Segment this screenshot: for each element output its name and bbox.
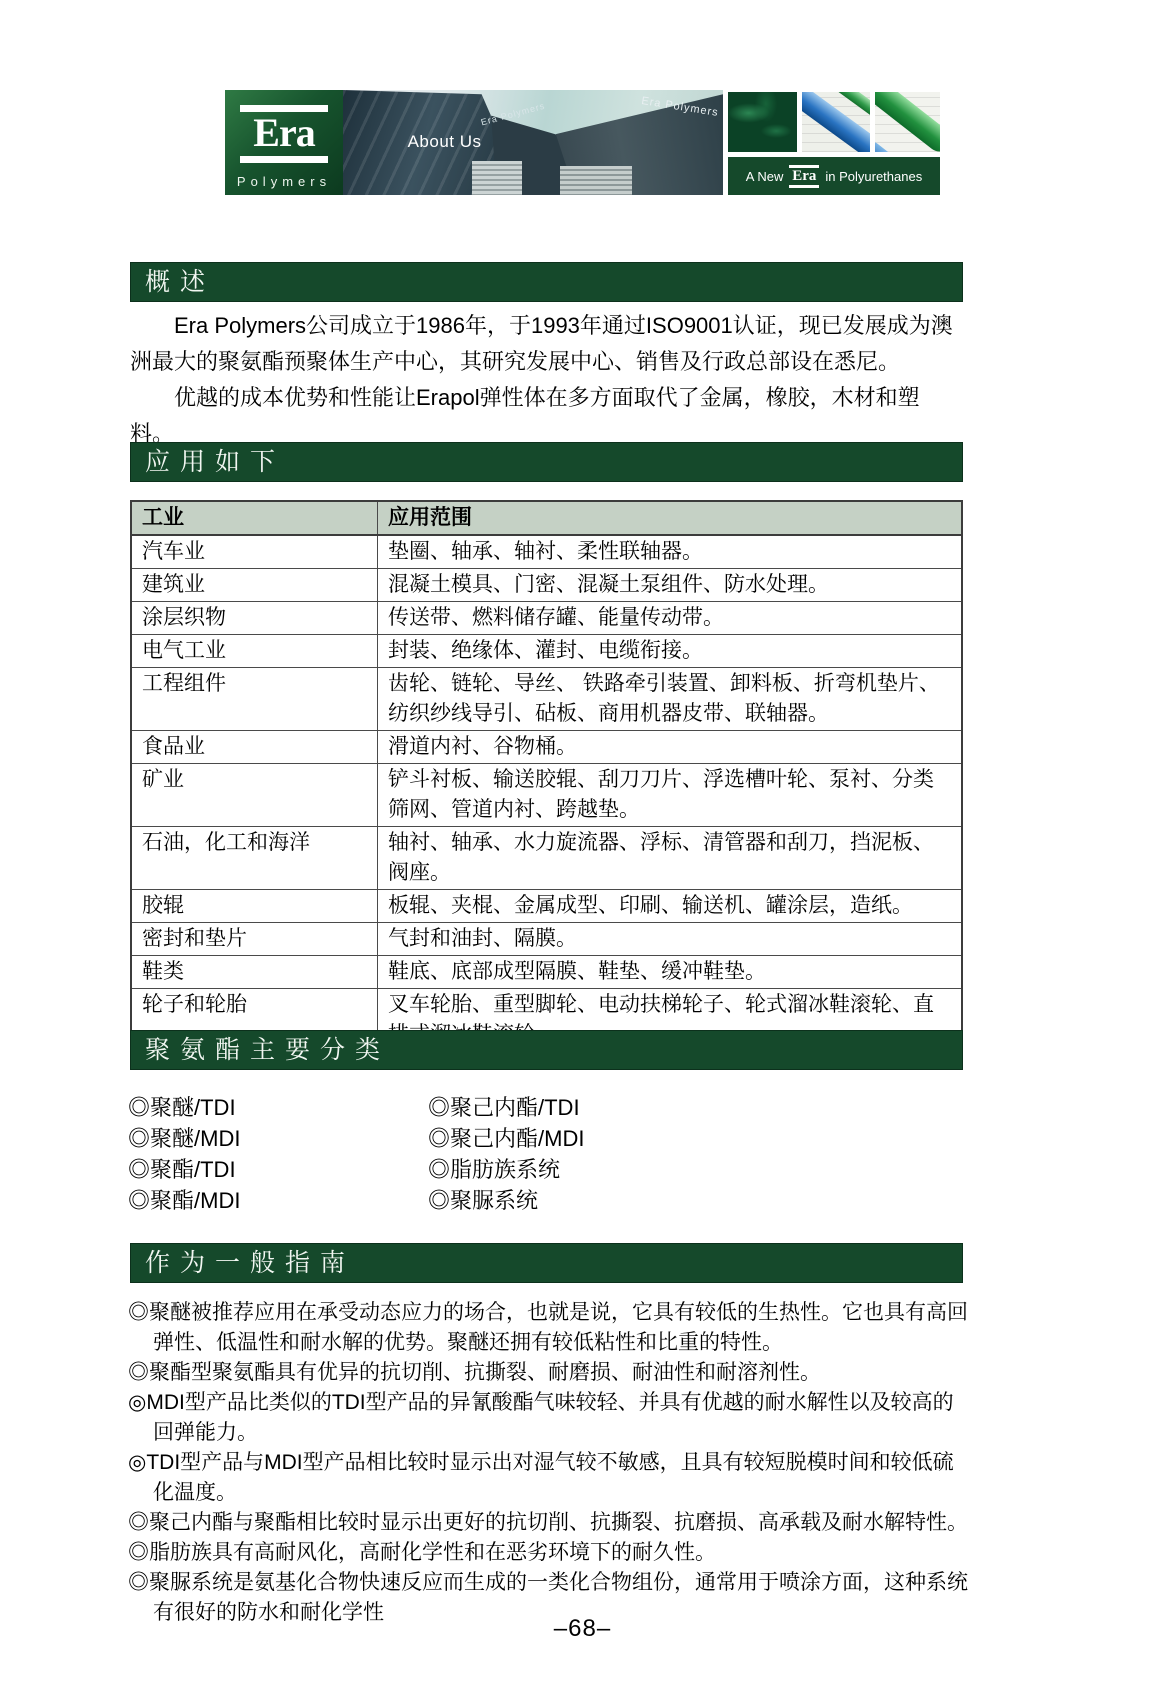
category-item: ◎聚脲系统 bbox=[428, 1185, 584, 1216]
about-us-label: About Us bbox=[408, 132, 482, 152]
application-cell: 垫圈、轴承、轴衬、柔性联轴器。 bbox=[378, 535, 963, 569]
era-mini-logo: Era bbox=[789, 165, 819, 188]
category-item: ◎聚己内酯/MDI bbox=[428, 1123, 584, 1154]
guide-bullet: ◎聚酯型聚氨酯具有优异的抗切削、抗撕裂、耐磨损、耐油性和耐溶剂性。 bbox=[128, 1358, 973, 1388]
tagline-prefix: A New bbox=[746, 169, 784, 184]
industry-cell: 鞋类 bbox=[131, 956, 378, 989]
green-tube-thumbnail bbox=[875, 92, 940, 152]
table-row: 汽车业垫圈、轴承、轴衬、柔性联轴器。 bbox=[131, 535, 962, 569]
overview-paragraphs: Era Polymers公司成立于1986年，于1993年通过ISO9001认证… bbox=[130, 308, 963, 452]
industry-cell: 电气工业 bbox=[131, 635, 378, 668]
application-cell: 混凝土模具、门密、混凝土泵组件、防水处理。 bbox=[378, 569, 963, 602]
applications-table-body: 汽车业垫圈、轴承、轴衬、柔性联轴器。建筑业混凝土模具、门密、混凝土泵组件、防水处… bbox=[131, 535, 962, 1052]
tagline-box: A New Era in Polyurethanes bbox=[728, 157, 940, 195]
photo-roller-door bbox=[560, 166, 632, 195]
table-row: 鞋类鞋底、底部成型隔膜、鞋垫、缓冲鞋垫。 bbox=[131, 956, 962, 989]
overview-paragraph: Era Polymers公司成立于1986年，于1993年通过ISO9001认证… bbox=[130, 308, 963, 380]
section-title-guide: 作为一般指南 bbox=[130, 1243, 963, 1283]
table-row: 胶辊板辊、夹棍、金属成型、印刷、输送机、罐涂层，造纸。 bbox=[131, 890, 962, 923]
section-title-categories: 聚氨酯主要分类 bbox=[130, 1030, 963, 1070]
mini-logo-bar-bottom bbox=[789, 185, 819, 188]
application-cell: 气封和油封、隔膜。 bbox=[378, 923, 963, 956]
logo-sub-text: Polymers bbox=[225, 174, 343, 189]
category-item: ◎聚酯/MDI bbox=[128, 1185, 240, 1216]
section-title-text: 聚氨酯主要分类 bbox=[145, 1036, 390, 1064]
section-title-text: 概述 bbox=[145, 268, 215, 296]
application-header: 应用范围 bbox=[378, 501, 963, 535]
categories-left-column: ◎聚醚/TDI◎聚醚/MDI◎聚酯/TDI◎聚酯/MDI bbox=[128, 1092, 240, 1216]
table-row: 密封和垫片气封和油封、隔膜。 bbox=[131, 923, 962, 956]
table-row: 石油，化工和海洋轴衬、轴承、水力旋流器、浮标、清管器和刮刀，挡泥板、阀座。 bbox=[131, 827, 962, 890]
document-page: Era Polymers Era Polymers Era Polymers A… bbox=[0, 0, 1165, 1701]
section-title-text: 应用如下 bbox=[145, 448, 285, 476]
table-row: 工程组件齿轮、链轮、导丝、 铁路牵引装置、卸料板、折弯机垫片、纺织纱线导引、砧板… bbox=[131, 668, 962, 731]
section-title-text: 作为一般指南 bbox=[145, 1249, 355, 1277]
era-logo: Era Polymers bbox=[225, 90, 343, 195]
table-row: 涂层织物传送带、燃料储存罐、能量传动带。 bbox=[131, 602, 962, 635]
categories-right-column: ◎聚己内酯/TDI◎聚己内酯/MDI◎脂肪族系统◎聚脲系统 bbox=[428, 1092, 584, 1216]
section-title-overview: 概述 bbox=[130, 262, 963, 302]
green-marble-thumbnail bbox=[728, 92, 797, 152]
tagline-suffix: in Polyurethanes bbox=[825, 169, 922, 184]
industry-cell: 汽车业 bbox=[131, 535, 378, 569]
industry-cell: 矿业 bbox=[131, 764, 378, 827]
blue-tube-thumbnail bbox=[802, 92, 870, 152]
industry-cell: 涂层织物 bbox=[131, 602, 378, 635]
category-item: ◎聚醚/MDI bbox=[128, 1123, 240, 1154]
application-cell: 齿轮、链轮、导丝、 铁路牵引装置、卸料板、折弯机垫片、纺织纱线导引、砧板、商用机… bbox=[378, 668, 963, 731]
application-cell: 铲斗衬板、输送胶辊、刮刀刀片、浮选槽叶轮、泵衬、分类筛网、管道内衬、跨越垫。 bbox=[378, 764, 963, 827]
category-item: ◎聚己内酯/TDI bbox=[428, 1092, 584, 1123]
guide-bullet-list: ◎聚醚被推荐应用在承受动态应力的场合，也就是说，它具有较低的生热性。它也具有高回… bbox=[128, 1298, 973, 1628]
industry-cell: 工程组件 bbox=[131, 668, 378, 731]
page-number: –68– bbox=[0, 1615, 1165, 1643]
guide-bullet: ◎TDI型产品与MDI型产品相比较时显示出对湿气较不敏感，且具有较短脱模时间和较… bbox=[128, 1448, 973, 1508]
guide-bullet: ◎脂肪族具有高耐风化，高耐化学性和在恶劣环境下的耐久性。 bbox=[128, 1538, 973, 1568]
guide-bullet: ◎聚醚被推荐应用在承受动态应力的场合，也就是说，它具有较低的生热性。它也具有高回… bbox=[128, 1298, 973, 1358]
applications-table: 工业 应用范围 汽车业垫圈、轴承、轴衬、柔性联轴器。建筑业混凝土模具、门密、混凝… bbox=[130, 500, 963, 1053]
mini-logo-brand: Era bbox=[792, 168, 816, 185]
category-item: ◎聚酯/TDI bbox=[128, 1154, 240, 1185]
logo-bar-bottom bbox=[240, 156, 328, 163]
industry-cell: 建筑业 bbox=[131, 569, 378, 602]
application-cell: 传送带、燃料储存罐、能量传动带。 bbox=[378, 602, 963, 635]
industry-cell: 密封和垫片 bbox=[131, 923, 378, 956]
category-item: ◎脂肪族系统 bbox=[428, 1154, 584, 1185]
category-item: ◎聚醚/TDI bbox=[128, 1092, 240, 1123]
application-cell: 封装、绝缘体、灌封、电缆衔接。 bbox=[378, 635, 963, 668]
table-row: 食品业滑道内衬、谷物桶。 bbox=[131, 731, 962, 764]
industry-cell: 胶辊 bbox=[131, 890, 378, 923]
guide-bullet: ◎MDI型产品比类似的TDI型产品的异氰酸酯气味较轻、并具有优越的耐水解性以及较… bbox=[128, 1388, 973, 1448]
building-photo: Era Polymers Era Polymers About Us bbox=[343, 90, 723, 195]
guide-bullet: ◎聚己内酯与聚酯相比较时显示出更好的抗切削、抗撕裂、抗磨损、高承载及耐水解特性。 bbox=[128, 1508, 973, 1538]
photo-roller-door bbox=[472, 161, 521, 195]
table-row: 矿业铲斗衬板、输送胶辊、刮刀刀片、浮选槽叶轮、泵衬、分类筛网、管道内衬、跨越垫。 bbox=[131, 764, 962, 827]
header-banner: Era Polymers Era Polymers Era Polymers A… bbox=[225, 90, 940, 195]
application-cell: 轴衬、轴承、水力旋流器、浮标、清管器和刮刀，挡泥板、阀座。 bbox=[378, 827, 963, 890]
logo-brand-text: Era bbox=[225, 111, 343, 155]
industry-header: 工业 bbox=[131, 501, 378, 535]
industry-cell: 食品业 bbox=[131, 731, 378, 764]
section-title-applications: 应用如下 bbox=[130, 442, 963, 482]
table-row: 建筑业混凝土模具、门密、混凝土泵组件、防水处理。 bbox=[131, 569, 962, 602]
application-cell: 鞋底、底部成型隔膜、鞋垫、缓冲鞋垫。 bbox=[378, 956, 963, 989]
industry-cell: 石油，化工和海洋 bbox=[131, 827, 378, 890]
table-row: 电气工业封装、绝缘体、灌封、电缆衔接。 bbox=[131, 635, 962, 668]
application-cell: 滑道内衬、谷物桶。 bbox=[378, 731, 963, 764]
application-cell: 板辊、夹棍、金属成型、印刷、输送机、罐涂层，造纸。 bbox=[378, 890, 963, 923]
table-header-row: 工业 应用范围 bbox=[131, 501, 962, 535]
